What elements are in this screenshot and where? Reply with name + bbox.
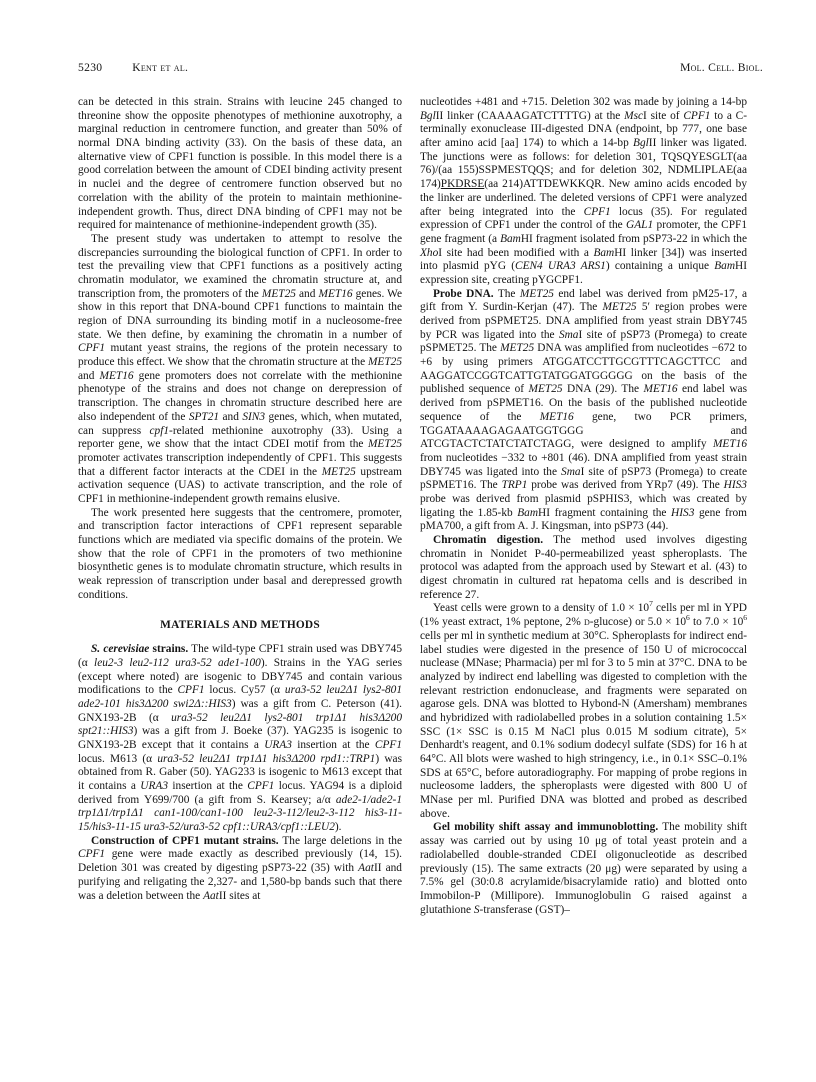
- right-column: nucleotides +481 and +715. Deletion 302 …: [420, 96, 747, 917]
- section-heading: MATERIALS AND METHODS: [78, 619, 402, 633]
- text-segment: GAL1: [626, 219, 653, 231]
- text-segment: MET25: [500, 342, 534, 354]
- text-segment: 6: [743, 613, 747, 622]
- running-title-journal: Mol. Cell. Biol.: [680, 61, 763, 74]
- text-segment: The: [494, 288, 520, 300]
- text-segment: HI fragment isolated from pSP73-22 in wh…: [521, 233, 747, 245]
- text-segment: The large deletions in the: [279, 835, 402, 847]
- paragraph: S. cerevisiae strains. The wild-type CPF…: [78, 643, 402, 835]
- left-column: can be detected in this strain. Strains …: [78, 96, 402, 903]
- text-segment: Msc: [624, 110, 643, 122]
- text-segment: MATERIALS AND METHODS: [160, 619, 320, 631]
- text-segment: probe was derived from YRp7 (49). The: [527, 479, 723, 491]
- text-segment: I site of: [643, 110, 683, 122]
- paragraph: nucleotides +481 and +715. Deletion 302 …: [420, 96, 747, 288]
- text-segment: Bgl: [420, 110, 436, 122]
- text-segment: MET16: [540, 411, 574, 423]
- text-segment: ura3-52 leu2Δ1 trp1Δ1 his3Δ200 rpd1::TRP…: [157, 753, 375, 765]
- text-segment: HI fragment containing the: [538, 507, 671, 519]
- text-segment: Bam: [593, 247, 614, 259]
- text-segment: ).: [335, 821, 342, 833]
- text-segment: CPF1: [375, 739, 402, 751]
- text-segment: MET16: [319, 288, 353, 300]
- text-segment: gene were made exactly as described prev…: [78, 848, 402, 874]
- text-segment: TRP1: [502, 479, 528, 491]
- text-segment: strains.: [149, 643, 188, 655]
- text-segment: MET25: [368, 356, 402, 368]
- text-segment: locus. M613 (α: [78, 753, 157, 765]
- text-segment: The mobility shift assay was carried out…: [420, 821, 747, 915]
- text-segment: Construction of CPF1 mutant strains.: [91, 835, 279, 847]
- text-segment: CPF1: [78, 342, 105, 354]
- text-segment: Bam: [714, 260, 735, 272]
- text-segment: II linker (CAAAAGATCTTTTG) at the: [436, 110, 624, 122]
- text-segment: Aat: [358, 862, 374, 874]
- text-segment: leu2-3 leu2-112 ura3-52 ade1-100: [94, 657, 261, 669]
- text-segment: I site had been modified with a: [438, 247, 593, 259]
- text-segment: cpf1: [150, 425, 170, 437]
- text-segment: URA3: [140, 780, 168, 792]
- text-segment: CPF1: [177, 684, 204, 696]
- paragraph: Construction of CPF1 mutant strains. The…: [78, 835, 402, 903]
- text-segment: ) containing a unique: [606, 260, 714, 272]
- paragraph: can be detected in this strain. Strains …: [78, 96, 402, 233]
- text-segment: HIS3: [671, 507, 694, 519]
- text-segment: DNA (29). The: [563, 383, 644, 395]
- text-segment: Chromatin digestion.: [433, 534, 543, 546]
- text-segment: Aat: [203, 890, 219, 902]
- text-segment: Gel mobility shift assay and immunoblott…: [433, 821, 658, 833]
- text-segment: MET16: [100, 370, 134, 382]
- text-segment: Bam: [517, 507, 538, 519]
- text-segment: MET16: [644, 383, 678, 395]
- text-segment: II sites at: [219, 890, 261, 902]
- text-segment: can be detected in this strain. Strains …: [78, 96, 402, 231]
- text-segment: MET16: [713, 438, 747, 450]
- text-segment: S. cerevisiae: [91, 643, 149, 655]
- running-head-left: 5230 Kent et al.: [78, 61, 188, 74]
- text-segment: and: [78, 370, 100, 382]
- paragraph: Gel mobility shift assay and immunoblott…: [420, 821, 747, 917]
- text-segment: insertion at the: [292, 739, 375, 751]
- paragraph: The work presented here suggests that th…: [78, 507, 402, 603]
- text-segment: Sma: [559, 329, 579, 341]
- paragraph: Probe DNA. The MET25 end label was deriv…: [420, 288, 747, 534]
- text-segment: CPF1: [683, 110, 710, 122]
- text-segment: locus. Cy57 (α: [205, 684, 285, 696]
- text-segment: to 7.0 × 10: [690, 616, 743, 628]
- text-segment: and: [219, 411, 242, 423]
- text-segment: and: [296, 288, 319, 300]
- text-segment: HIS3: [724, 479, 747, 491]
- text-segment: MET25: [603, 301, 637, 313]
- text-segment: insertion at the: [168, 780, 247, 792]
- text-segment: CEN4 URA3 ARS1: [515, 260, 606, 272]
- text-segment: URA3: [264, 739, 292, 751]
- text-segment: CPF1: [78, 848, 105, 860]
- text-segment: cells per ml in synthetic medium at 30°C…: [420, 630, 747, 820]
- text-segment: MET25: [529, 383, 563, 395]
- paragraph: The present study was undertaken to atte…: [78, 233, 402, 507]
- text-segment: MET25: [262, 288, 296, 300]
- text-segment: Yeast cells were grown to a density of 1…: [433, 602, 649, 614]
- text-segment: Sma: [561, 466, 581, 478]
- text-segment: mutant yeast strains, the regions of the…: [78, 342, 402, 368]
- text-segment: Bam: [500, 233, 521, 245]
- text-segment: SPT21: [189, 411, 219, 423]
- running-title-authors: Kent et al.: [132, 61, 188, 74]
- text-segment: MET25: [322, 466, 356, 478]
- paragraph: Chromatin digestion. The method used inv…: [420, 534, 747, 602]
- text-segment: -glucose) or 5.0 × 10: [590, 616, 686, 628]
- text-segment: Bgl: [633, 137, 649, 149]
- text-segment: -transferase (GST)–: [480, 904, 570, 916]
- text-segment: CPF1: [247, 780, 274, 792]
- page-header: 5230 Kent et al. Mol. Cell. Biol.: [78, 61, 763, 74]
- text-segment: PKDRSE: [441, 178, 485, 190]
- journal-page: 5230 Kent et al. Mol. Cell. Biol. can be…: [0, 0, 816, 1082]
- page-number: 5230: [78, 61, 102, 74]
- text-segment: MET25: [520, 288, 554, 300]
- text-segment: The work presented here suggests that th…: [78, 507, 402, 601]
- text-segment: CPF1: [584, 206, 611, 218]
- paragraph: Yeast cells were grown to a density of 1…: [420, 602, 747, 821]
- text-segment: nucleotides +481 and +715. Deletion 302 …: [420, 96, 747, 108]
- text-segment: Probe DNA.: [433, 288, 494, 300]
- text-segment: SIN3: [242, 411, 265, 423]
- text-segment: Xho: [420, 247, 438, 259]
- text-segment: MET25: [368, 438, 402, 450]
